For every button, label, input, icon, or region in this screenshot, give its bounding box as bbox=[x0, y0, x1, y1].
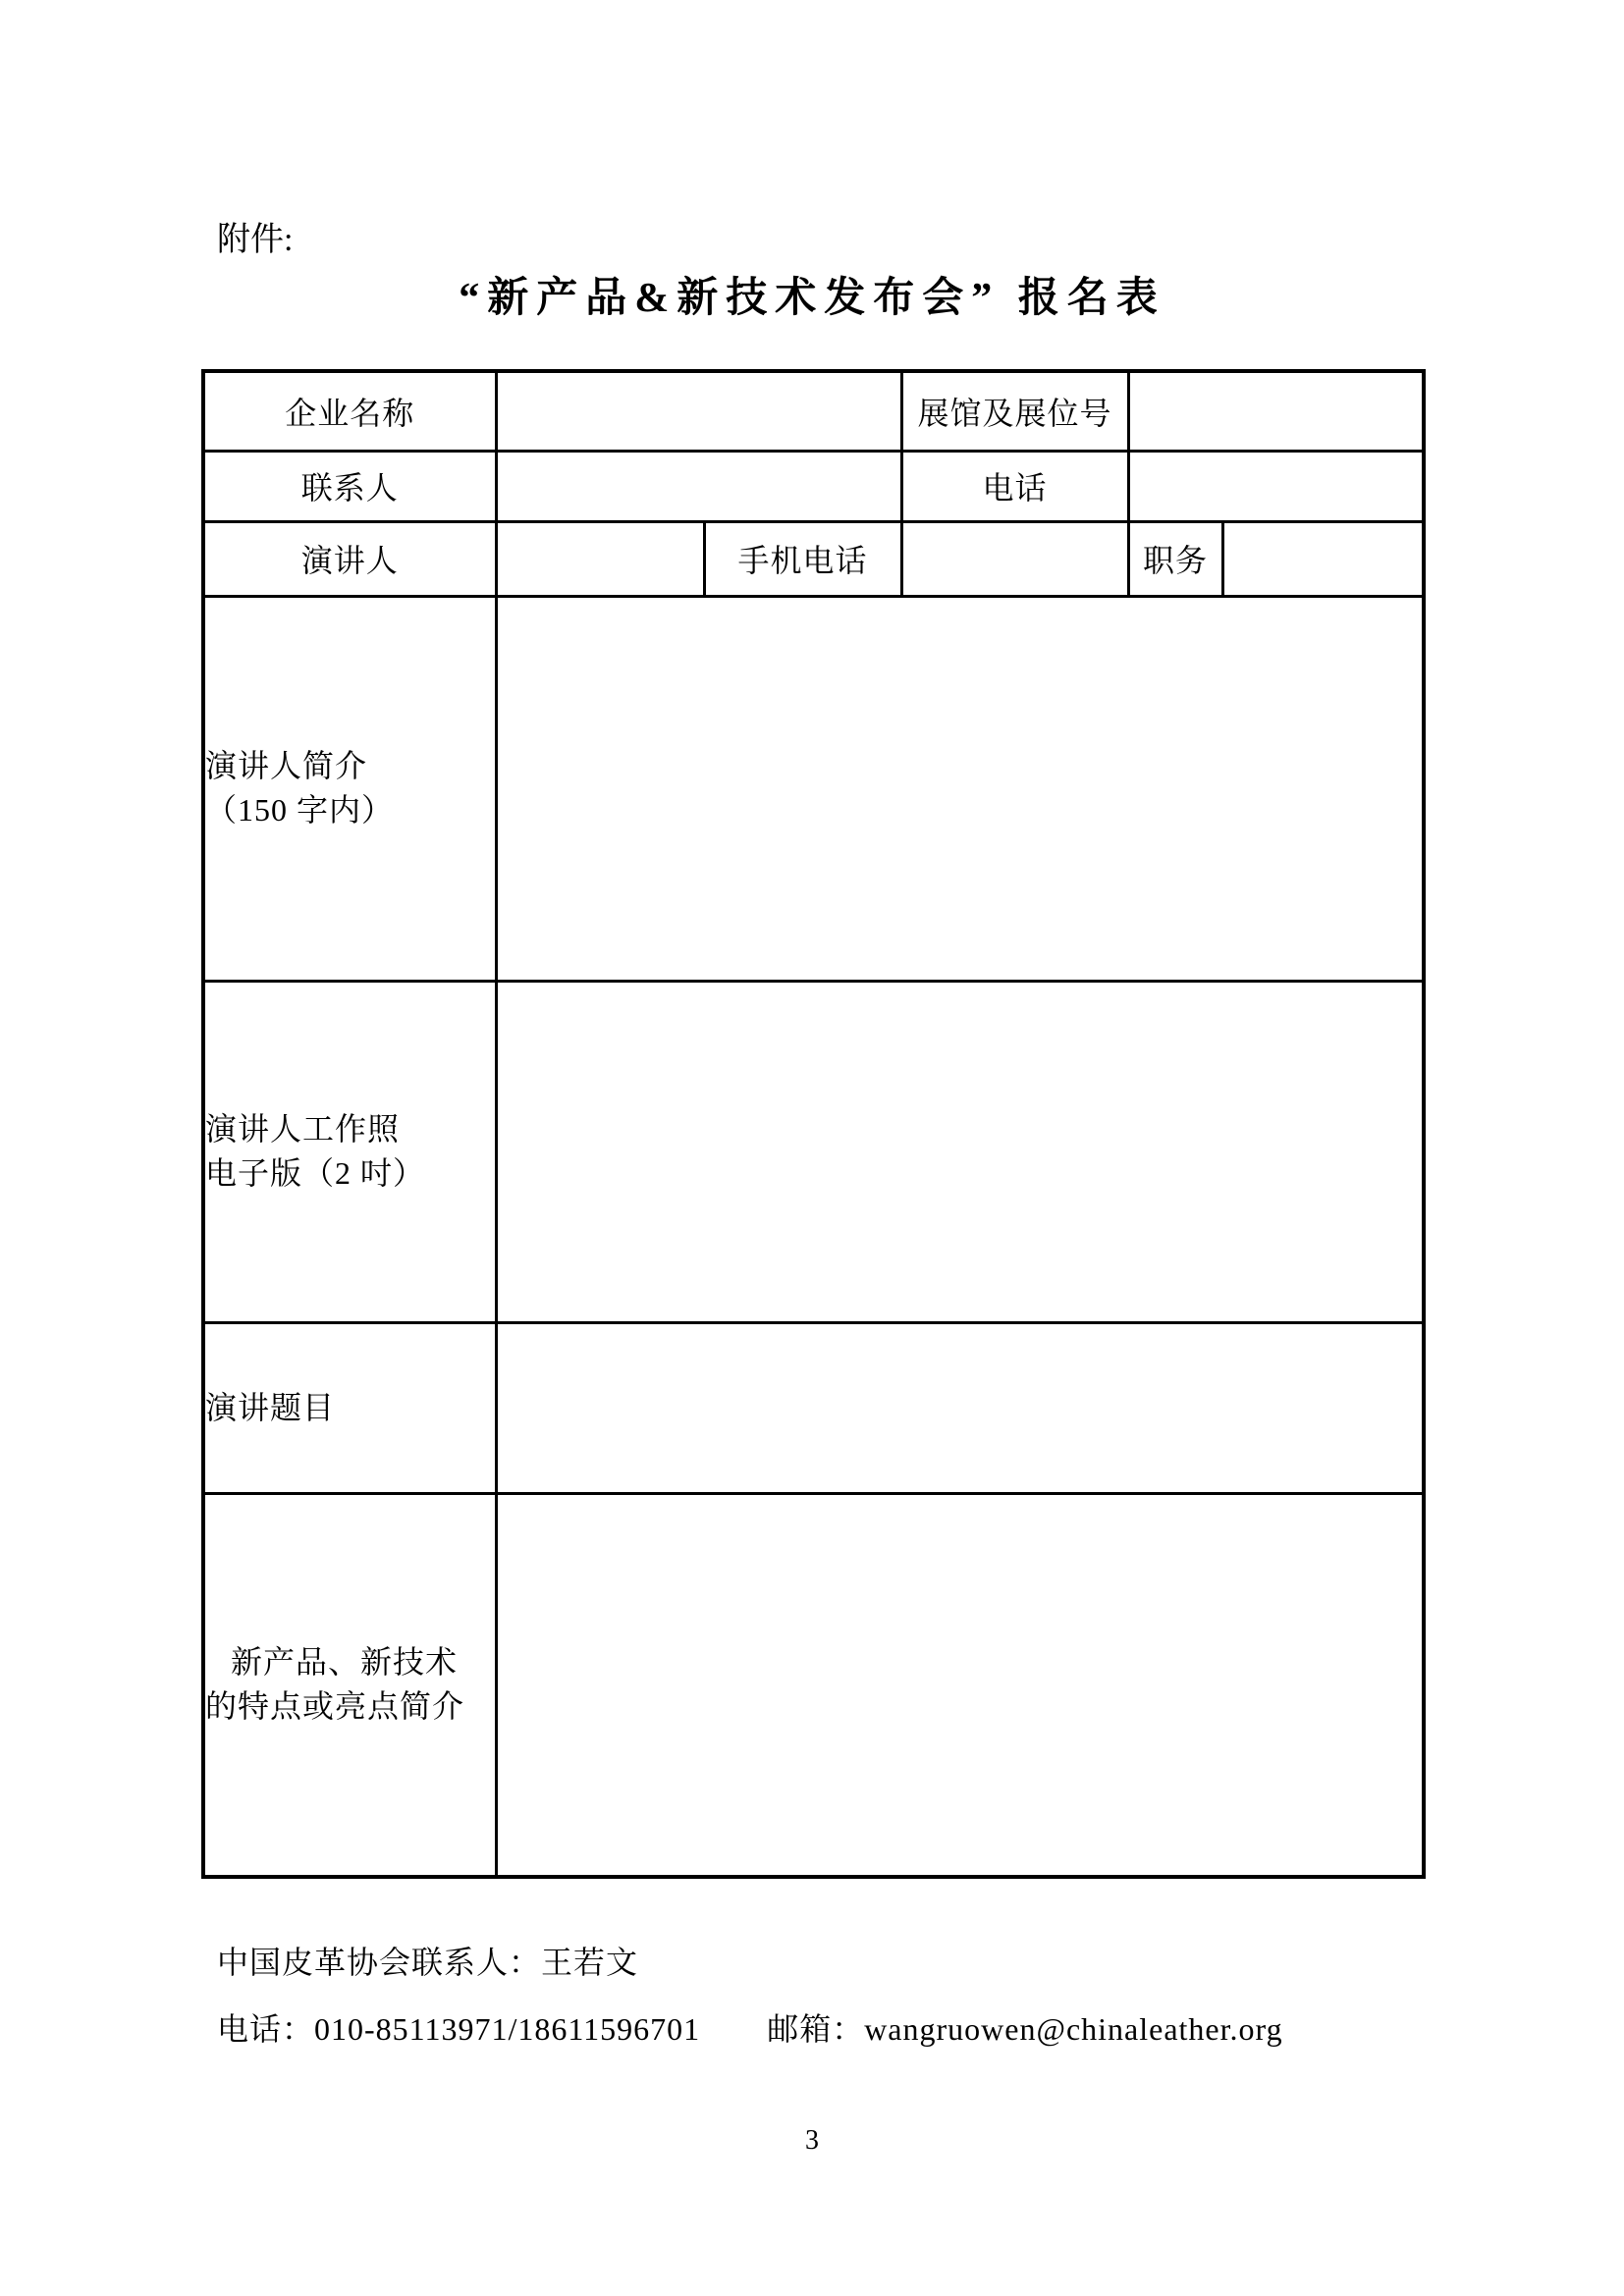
company-name-label: 企业名称 bbox=[203, 371, 496, 451]
footer-email: 邮箱：wangruowen@chinaleather.org bbox=[767, 2011, 1282, 2047]
speaker-label: 演讲人 bbox=[203, 521, 496, 596]
hall-booth-field bbox=[1128, 371, 1424, 451]
speaker-bio-field bbox=[496, 596, 1424, 981]
registration-form-table: 企业名称 展馆及展位号 联系人 电话 演讲人 手机电话 职务 bbox=[201, 369, 1426, 1879]
speech-topic-field bbox=[496, 1322, 1424, 1493]
footer: 中国皮革协会联系人：王若文 电话：010-85113971/1861159670… bbox=[217, 1938, 1283, 2050]
speaker-photo-label-line2: 电子版（2 吋） bbox=[205, 1151, 495, 1196]
table-row: 新产品、新技术 的特点或亮点简介 bbox=[203, 1493, 1424, 1877]
phone-field bbox=[1128, 451, 1424, 521]
table-row: 企业名称 展馆及展位号 bbox=[203, 371, 1424, 451]
table-row: 演讲题目 bbox=[203, 1322, 1424, 1493]
job-title-field bbox=[1222, 521, 1424, 596]
page-title: “新产品&新技术发布会” 报名表 bbox=[0, 265, 1624, 324]
footer-phone: 电话：010-85113971/18611596701 bbox=[217, 2011, 700, 2047]
highlights-label: 新产品、新技术 的特点或亮点简介 bbox=[203, 1493, 496, 1877]
page-number: 3 bbox=[0, 2125, 1624, 2157]
highlights-label-line2: 的特点或亮点简介 bbox=[205, 1684, 495, 1729]
contact-person-label: 联系人 bbox=[203, 451, 496, 521]
job-title-label: 职务 bbox=[1128, 521, 1222, 596]
attachment-label: 附件: bbox=[217, 212, 293, 260]
speech-topic-label: 演讲题目 bbox=[203, 1322, 496, 1493]
company-name-field bbox=[496, 371, 901, 451]
mobile-phone-label: 手机电话 bbox=[704, 521, 901, 596]
speaker-photo-label-line1: 演讲人工作照 bbox=[205, 1107, 495, 1151]
speaker-bio-label-line1: 演讲人简介 bbox=[205, 744, 495, 788]
footer-association-contact: 中国皮革协会联系人：王若文 bbox=[217, 1938, 1283, 1983]
table-row: 联系人 电话 bbox=[203, 451, 1424, 521]
table-row: 演讲人简介 （150 字内） bbox=[203, 596, 1424, 981]
contact-person-field bbox=[496, 451, 901, 521]
footer-line2: 电话：010-85113971/18611596701邮箱：wangruowen… bbox=[217, 2004, 1283, 2050]
speaker-bio-label-line2: （150 字内） bbox=[205, 788, 495, 832]
mobile-phone-field bbox=[901, 521, 1128, 596]
table-row: 演讲人 手机电话 职务 bbox=[203, 521, 1424, 596]
speaker-photo-field bbox=[496, 981, 1424, 1322]
document-page: 附件: “新产品&新技术发布会” 报名表 企业名称 展馆及展位号 联系人 电话 bbox=[0, 0, 1624, 2296]
phone-label: 电话 bbox=[901, 451, 1128, 521]
highlights-field bbox=[496, 1493, 1424, 1877]
speaker-bio-label: 演讲人简介 （150 字内） bbox=[203, 596, 496, 981]
highlights-label-line1: 新产品、新技术 bbox=[205, 1640, 495, 1684]
speaker-field bbox=[496, 521, 704, 596]
table-row: 演讲人工作照 电子版（2 吋） bbox=[203, 981, 1424, 1322]
hall-booth-label: 展馆及展位号 bbox=[901, 371, 1128, 451]
speaker-photo-label: 演讲人工作照 电子版（2 吋） bbox=[203, 981, 496, 1322]
